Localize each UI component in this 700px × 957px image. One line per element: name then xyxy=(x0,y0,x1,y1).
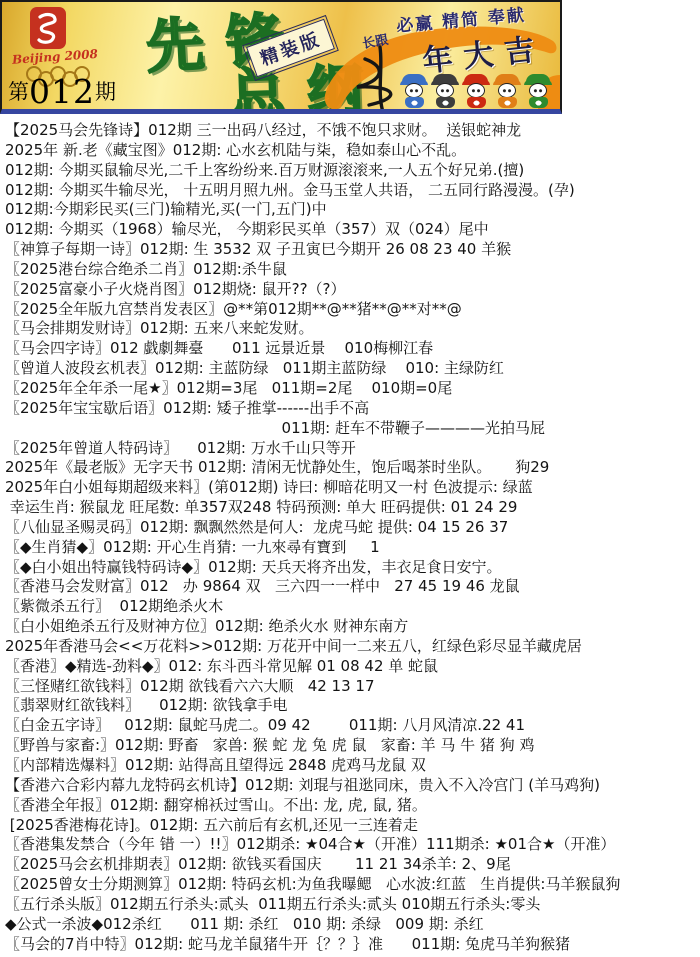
beijing-olympic-seal-icon xyxy=(30,7,66,49)
mascot-body xyxy=(405,97,424,108)
header-banner: Beijing 2008 第012期 先锋 总纲 精装版 必赢 精简 奉献 长跟… xyxy=(0,0,562,114)
text-line: 〖翡翠财红欲钱料〗 012期: 欲钱拿手电 xyxy=(0,696,700,716)
mascot-face xyxy=(498,83,516,98)
text-line: 〖香港全年报〗012期: 翻穿棉袄过雪山。不出: 龙, 虎, 鼠, 猪。 xyxy=(0,796,700,816)
text-line: 012期: 今期买鼠输尽光,二千上客纷纷来.百万财源滚滚来,一人五个好兄弟.(擅… xyxy=(0,161,700,181)
text-line: 〖内部精选爆料〗012期: 站得高且望得远 2848 虎鸡马龙鼠 双 xyxy=(0,756,700,776)
text-line: 〖三怪赌红欲钱料〗012期 欲钱看六六大顺 42 13 17 xyxy=(0,677,700,697)
issue-prefix: 第 xyxy=(8,80,29,104)
text-line: 〖马会的7肖中特〗012期: 蛇马龙羊鼠猪牛开｛？？｝准 011期: 兔虎马羊狗… xyxy=(0,935,700,955)
text-line: 2025年白小姐每期超级来料〗(第012期) 诗曰: 柳暗花明又一村 色波提示:… xyxy=(0,478,700,498)
mascot-jingjing xyxy=(431,74,459,108)
text-line: 〖白金五字诗〗 012期: 鼠蛇马虎二。09 42 011期: 八月风清凉.22… xyxy=(0,716,700,736)
mascot-body xyxy=(467,97,486,108)
mascot-nini xyxy=(524,74,552,108)
mascot-huanhuan xyxy=(462,74,490,108)
text-line: 〖白小姐绝杀五行及财神方位〗012期: 绝杀火水 财神东南方 xyxy=(0,617,700,637)
mascot-face xyxy=(529,83,547,98)
text-line: 【2025马会先锋诗】012期 三一出码八经过，不饿不饱只求财。 送银蛇神龙 xyxy=(0,121,700,141)
text-line: 〖◆生肖猜◆〗012期: 开心生肖猜: 一九來尋有寶到 1 xyxy=(0,538,700,558)
text-line: 〖神算子每期一诗〗012期: 生 3532 双 子丑寅巳今期开 26 08 23… xyxy=(0,240,700,260)
text-line: 〖八仙显圣赐灵码〗012期: 飘飘然然是何人: 龙虎马蛇 提供: 04 15 2… xyxy=(0,518,700,538)
issue-suffix: 期 xyxy=(95,80,116,104)
text-line: 2025年《最老版》无字天书 012期: 清闲无忧静处生，饱后喝茶时坐队。 狗2… xyxy=(0,458,700,478)
text-line: 〖2025年曾道人特码诗〗 012期: 万水千山只等开 xyxy=(0,439,700,459)
mascot-face xyxy=(405,83,423,98)
fuwa-mascots xyxy=(400,74,552,108)
text-line: 011期: 赶车不带鞭子————光拍马屁 xyxy=(0,419,700,439)
issue-label: 第012期 xyxy=(8,76,116,107)
text-line: 〖2025年宝宝歇后语〗012期: 矮子推掌------出手不高 xyxy=(0,399,700,419)
mascot-face xyxy=(467,83,485,98)
text-line: 〖紫微杀五行〗 012期绝杀火木 xyxy=(0,597,700,617)
text-line: 〖2025富豪小子火烧肖图〗012期烧: 鼠开??（?） xyxy=(0,280,700,300)
mascot-beibei xyxy=(400,74,428,108)
text-line: 〖马会四字诗〗012 戯劇舞臺 011 远景近景 010梅柳江春 xyxy=(0,339,700,359)
text-line: 〖2025马会玄机排期表〗012期: 欲钱买看国庆 11 21 34杀羊: 2、… xyxy=(0,855,700,875)
text-line: 【香港六合彩内幕九龙特码玄机诗】012期: 刘琨与祖逖同床，贵入不入冷宫门 (羊… xyxy=(0,776,700,796)
text-line: 〖五行杀头版〗012期五行杀头:贰头 011期五行杀头:贰头 010期五行杀头:… xyxy=(0,895,700,915)
beijing-2008-text: Beijing 2008 xyxy=(12,45,123,67)
text-line: 〖曾道人波段玄机表〗012期: 主蓝防绿 011期主蓝防绿 010: 主绿防红 xyxy=(0,359,700,379)
content-lines: 【2025马会先锋诗】012期 三一出码八经过，不饿不饱只求财。 送银蛇神龙20… xyxy=(0,121,700,954)
text-line: 〖香港马会发财富〗012 办 9864 双 三六四一一样中 27 45 19 4… xyxy=(0,577,700,597)
text-line: 〖香港〗◆精选-劲料◆〗012: 东斗西斗常见解 01 08 42 单 蛇鼠 xyxy=(0,657,700,677)
text-line: 〖2025曾女士分期测算〗012期: 特码玄机:为鱼我曝鳃 心水波:红蓝 生肖提… xyxy=(0,875,700,895)
mascot-body xyxy=(498,97,517,108)
text-line: 〖2025全年版九宫禁肖发表区〗@**第012期**@**猪**@**对**@ xyxy=(0,300,700,320)
text-line: [2025香港梅花诗]。012期: 五六前后有玄机,还见一三连着走 xyxy=(0,816,700,836)
text-line: 012期:今期彩民买(三门)输精光,买(一门,五门)中 xyxy=(0,200,700,220)
issue-number: 012 xyxy=(29,72,95,111)
text-line: ◆公式一杀波◆012杀红 011 期: 杀红 010 期: 杀绿 009 期: … xyxy=(0,915,700,935)
text-line: 〖野兽与家畜:〗012期: 野畜 家兽: 猴 蛇 龙 兔 虎 鼠 家畜: 羊 马… xyxy=(0,736,700,756)
mascot-yingying xyxy=(493,74,521,108)
mascot-body xyxy=(529,97,548,108)
text-line: 〖香港集发禁合（今年 错 一）!!〗012期杀: ★04合★（开准）111期杀:… xyxy=(0,835,700,855)
mascot-face xyxy=(436,83,454,98)
text-line: 2025年香港马会<<万花料>>012期: 万花开中间一二来五八，红绿色彩尽显羊… xyxy=(0,637,700,657)
mascot-body xyxy=(436,97,455,108)
dancing-figure-icon xyxy=(34,11,62,45)
text-line: 2025年 新.老《藏宝图》012期: 心水玄机陆与柒，稳如泰山心不乱。 xyxy=(0,141,700,161)
text-line: 〖◆白小姐出特赢钱特码诗◆〗012期: 天兵天将齐出发，丰衣足食日安宁。 xyxy=(0,558,700,578)
tipsheet-page: Beijing 2008 第012期 先锋 总纲 精装版 必赢 精简 奉献 长跟… xyxy=(0,0,700,957)
text-line: 012期: 今期买（1968）输尽光， 今期彩民买单（357）双（024）尾中 xyxy=(0,220,700,240)
text-line: 012期: 今期买牛输尽光， 十五明月照九州。金马玉堂人共语， 二五同行路漫漫。… xyxy=(0,181,700,201)
text-line: 〖马会排期发财诗〗012期: 五来八来蛇发财。 xyxy=(0,319,700,339)
text-line: 〖2025年全年杀一尾★〗012期=3尾 011期=2尾 010期=0尾 xyxy=(0,379,700,399)
text-line: 幸运生肖: 猴鼠龙 旺尾数: 单357双248 特码预测: 单大 旺码提供: 0… xyxy=(0,498,700,518)
text-line: 〖2025港台综合绝杀二肖〗012期:杀牛鼠 xyxy=(0,260,700,280)
